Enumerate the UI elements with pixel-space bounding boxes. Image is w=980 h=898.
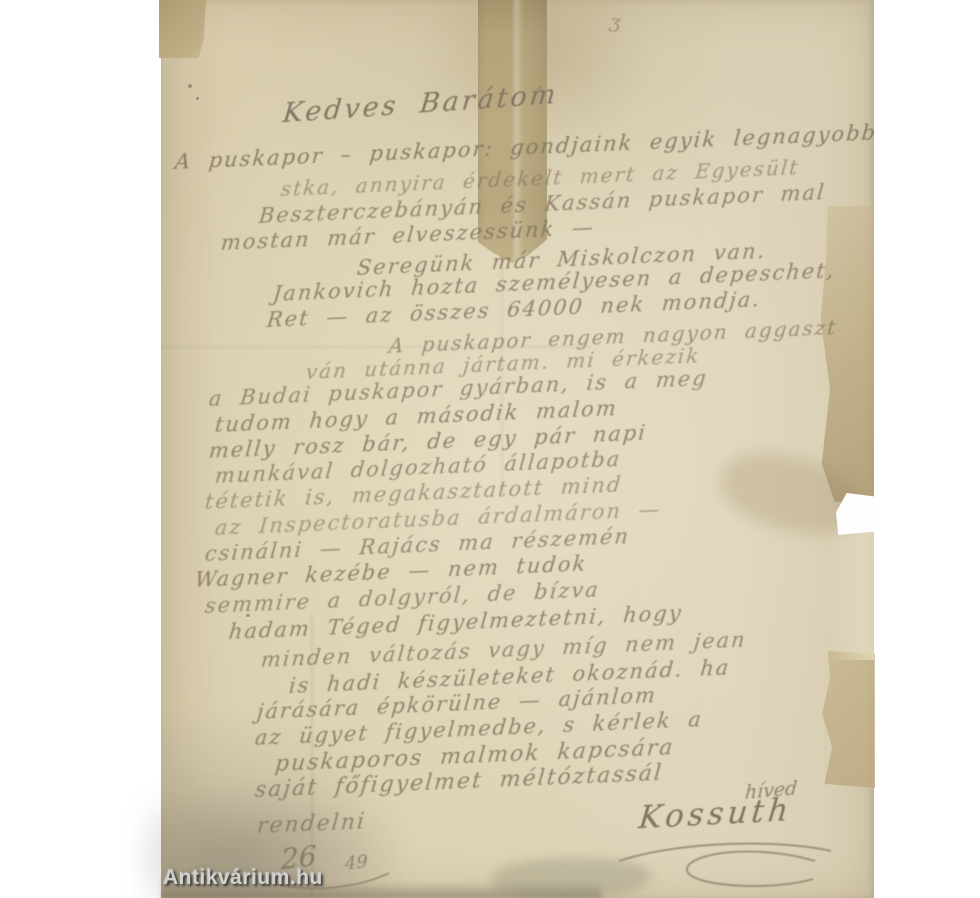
paper: ʒ Kedves Barátom ’ A puskapor – puskapor…	[161, 0, 874, 898]
ink-speck	[188, 84, 192, 88]
signature: Kossuth	[637, 792, 794, 836]
handwriting-line: rendelni	[256, 809, 367, 839]
letter-photo: ʒ Kedves Barátom ’ A puskapor – puskapor…	[0, 0, 980, 898]
tape-mark-right-upper	[816, 206, 874, 502]
paper-edge-highlight	[828, 522, 874, 660]
watermark: Antikvárium.hu	[163, 866, 323, 890]
signature-flourish	[609, 835, 841, 897]
tape-mark-top-left	[159, 0, 206, 58]
ink-speck	[196, 97, 199, 100]
tape-mark-right-lower	[820, 651, 875, 788]
